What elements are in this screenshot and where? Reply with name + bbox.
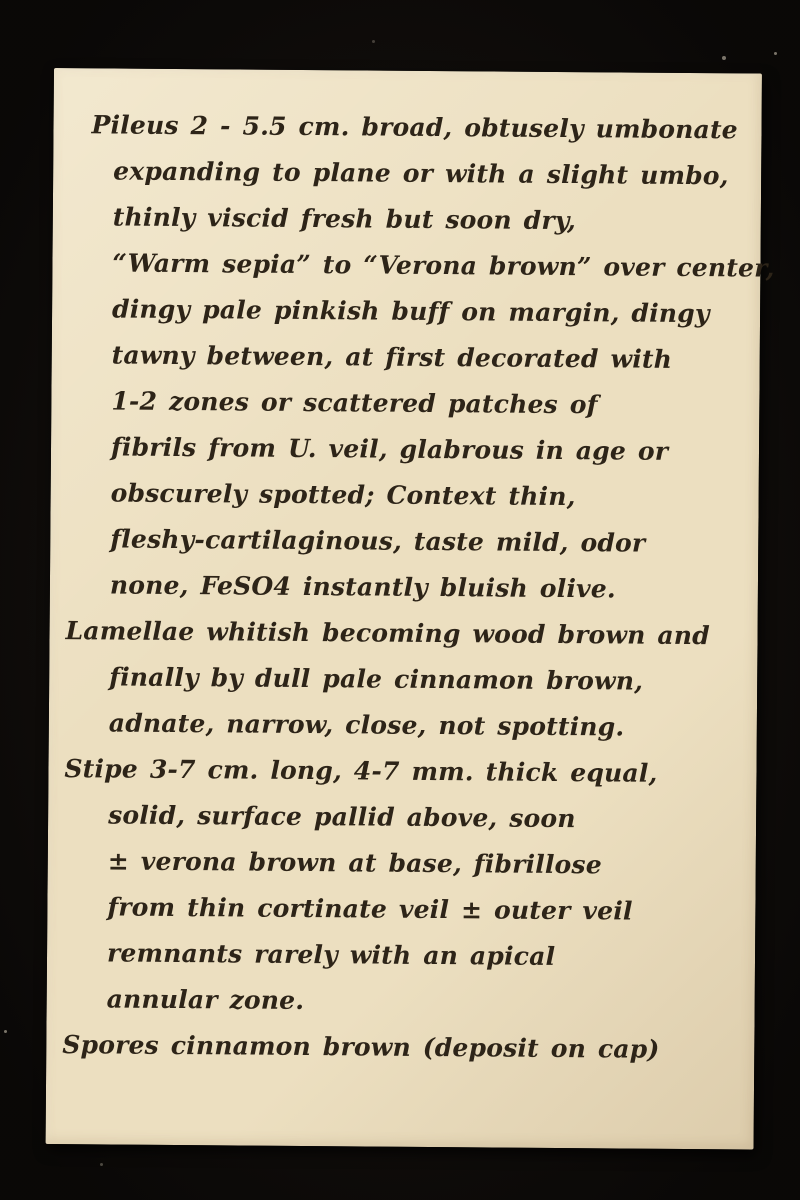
paragraph-stipe: Stipe 3-7 cm. long, 4-7 mm. thick equal,… <box>61 746 743 1027</box>
dust-speck <box>722 56 726 60</box>
handwritten-line: ± verona brown at base, fibrillose <box>108 838 742 889</box>
handwritten-line: adnate, narrow, close, not spotting. <box>109 700 743 751</box>
handwritten-line: Spores cinnamon brown (deposit on cap) <box>62 1022 740 1073</box>
dust-speck <box>4 1030 7 1033</box>
handwritten-line: Pileus 2 - 5.5 cm. broad, obtusely umbon… <box>91 102 747 153</box>
handwritten-line: “Warm sepia” to “Verona brown” over cent… <box>112 240 746 291</box>
handwritten-line: remnants rarely with an apical <box>107 930 741 981</box>
handwritten-line: finally by dull pale cinnamon brown, <box>109 654 743 705</box>
handwritten-line: annular zone. <box>107 976 741 1027</box>
paragraph-lamellae: Lamellae whitish becoming wood brown and… <box>63 608 744 751</box>
handwritten-text-block: Pileus 2 - 5.5 cm. broad, obtusely umbon… <box>46 68 762 1074</box>
handwritten-line: expanding to plane or with a slight umbo… <box>113 148 747 199</box>
handwritten-line: fibrils from U. veil, glabrous in age or <box>111 424 745 475</box>
handwritten-line: obscurely spotted; Context thin, <box>110 470 744 521</box>
handwritten-line: 1-2 zones or scattered patches of <box>111 378 745 429</box>
handwritten-line: fleshy-cartilaginous, taste mild, odor <box>110 516 744 567</box>
handwritten-line: Lamellae whitish becoming wood brown and <box>65 608 743 659</box>
dust-speck <box>774 52 777 55</box>
dust-speck <box>100 1163 103 1166</box>
paragraph-spores: Spores cinnamon brown (deposit on cap) <box>60 1022 740 1073</box>
paragraph-pileus: Pileus 2 - 5.5 cm. broad, obtusely umbon… <box>64 102 748 613</box>
handwritten-line: dingy pale pinkish buff on margin, dingy <box>112 286 746 337</box>
handwritten-line: tawny between, at first decorated with <box>112 332 746 383</box>
dust-speck <box>372 40 375 43</box>
handwritten-line: from thin cortinate veil ± outer veil <box>107 884 741 935</box>
handwritten-line: Stipe 3-7 cm. long, 4-7 mm. thick equal, <box>64 746 742 797</box>
photo-background: { "colors": { "felt": "#15110e", "paper"… <box>0 0 800 1200</box>
handwritten-line: none, FeSO4 instantly bluish olive. <box>110 562 744 613</box>
handwritten-line: solid, surface pallid above, soon <box>108 792 742 843</box>
handwritten-line: thinly viscid fresh but soon dry, <box>113 194 747 245</box>
note-card: Pileus 2 - 5.5 cm. broad, obtusely umbon… <box>46 68 762 1150</box>
